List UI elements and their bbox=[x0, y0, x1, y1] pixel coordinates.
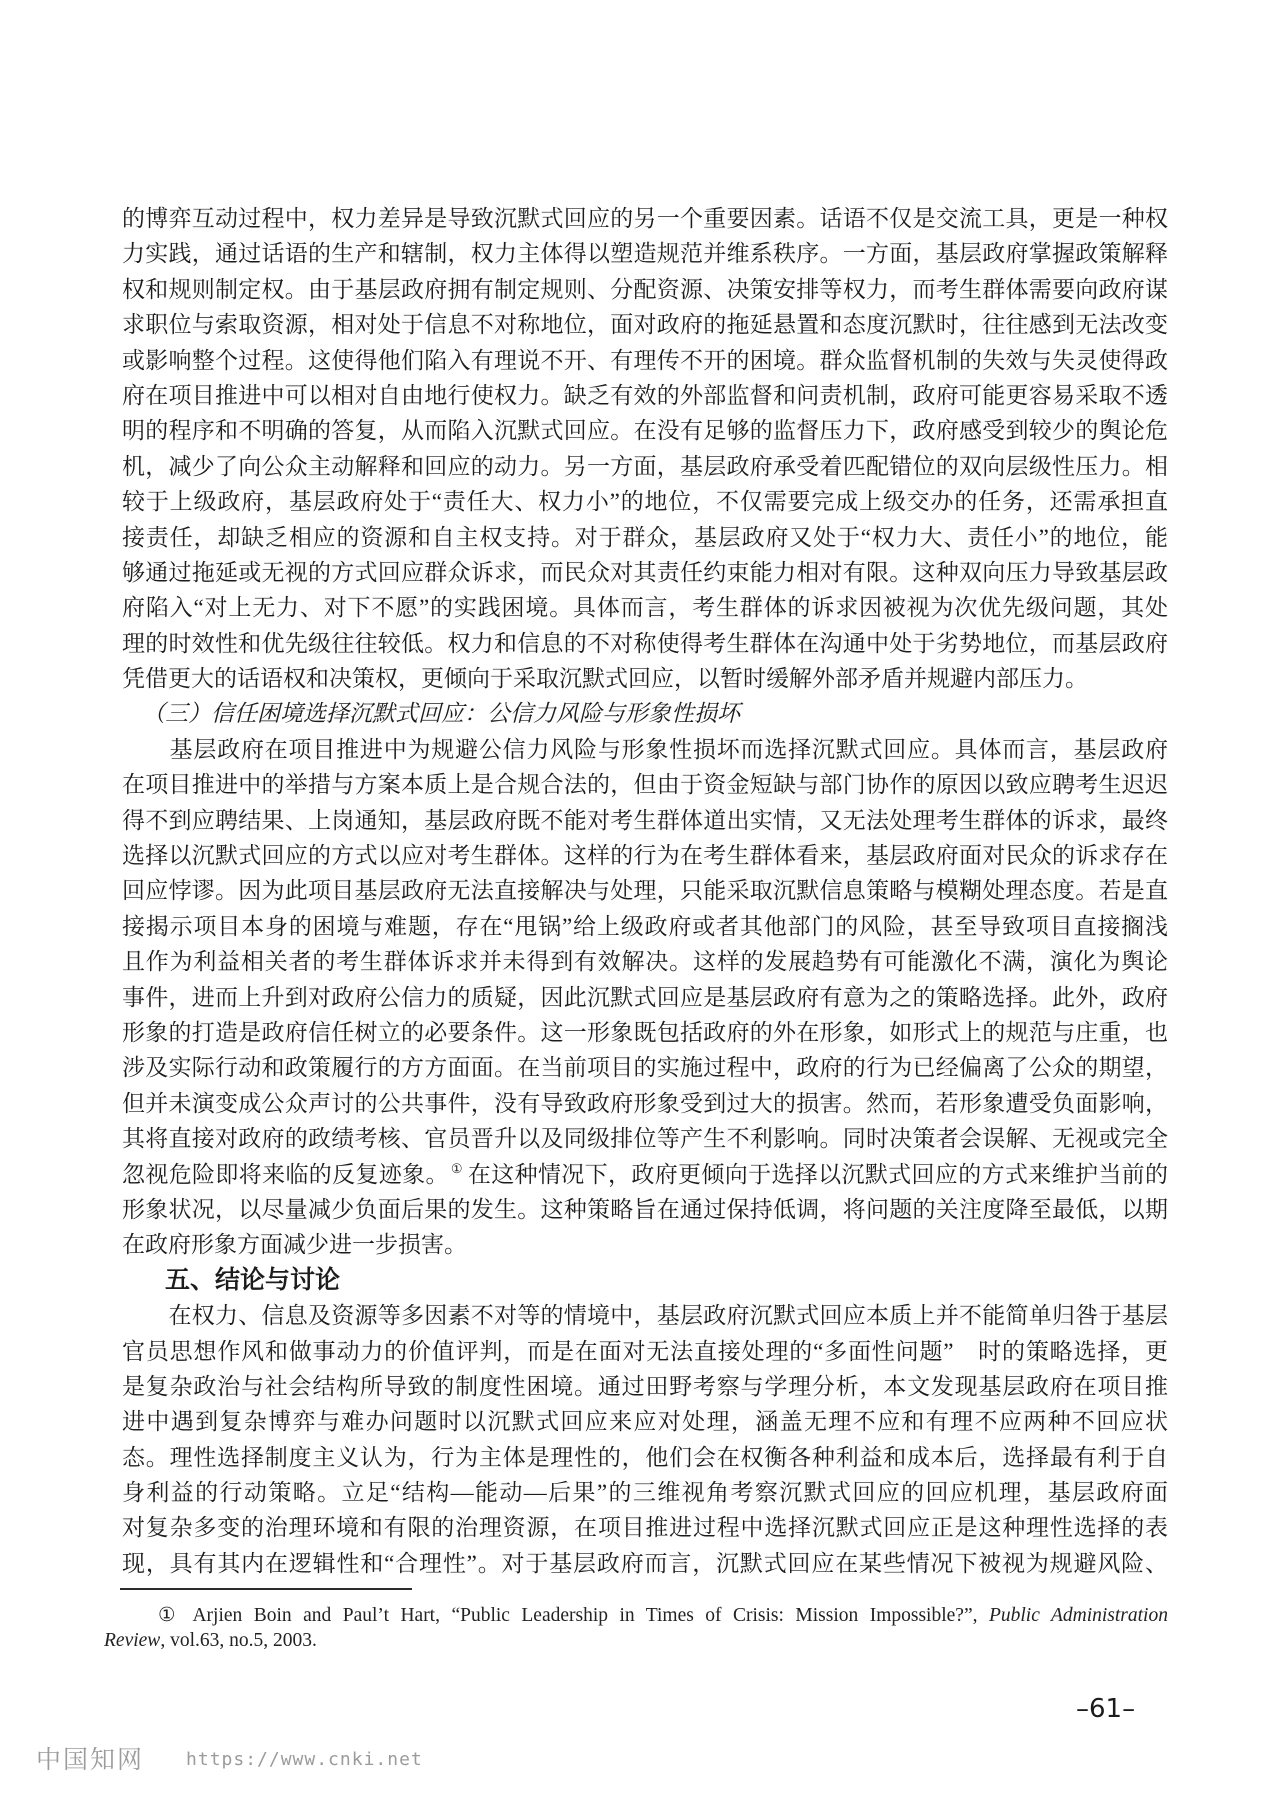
text-line: 形象的打造是政府信任树立的必要条件。这一形象既包括政府的外在形象，如形式上的规范… bbox=[122, 1015, 1168, 1050]
text-line: 力实践，通过话语的生产和辖制，权力主体得以塑造规范并维系秩序。一方面，基层政府掌… bbox=[122, 236, 1168, 271]
text-line: 现，具有其内在逻辑性和“合理性”。对于基层政府而言，沉默式回应在某些情况下被视为… bbox=[122, 1546, 1168, 1581]
footnote-line-1: ① Arjien Boin and Paul’t Hart, “Public L… bbox=[104, 1603, 1168, 1628]
text-line: 够通过拖延或无视的方式回应群众诉求，而民众对其责任约束能力相对有限。这种双向压力… bbox=[122, 555, 1168, 590]
text-line: 事件，进而上升到对政府公信力的质疑，因此沉默式回应是基层政府有意为之的策略选择。… bbox=[122, 980, 1168, 1015]
footnote-journal-name: Review bbox=[104, 1630, 160, 1651]
text-line: 府陷入“对上无力、对下不愿”的实践困境。具体而言，考生群体的诉求因被视为次优先级… bbox=[122, 590, 1168, 625]
text-line: 或影响整个过程。这使得他们陷入有理说不开、有理传不开的困境。群众监督机制的失效与… bbox=[122, 343, 1168, 378]
text-line: 其将直接对政府的政绩考核、官员晋升以及同级排位等产生不利影响。同时决策者会误解、… bbox=[122, 1121, 1168, 1156]
text-line: 但并未演变成公众声讨的公共事件，没有导致政府形象受到过大的损害。然而，若形象遭受… bbox=[122, 1086, 1168, 1121]
text-line: 忽视危险即将来临的反复迹象。①在这种情况下，政府更倾向于选择以沉默式回应的方式来… bbox=[122, 1157, 1168, 1192]
text-line: 较于上级政府，基层政府处于“责任大、权力小”的地位，不仅需要完成上级交办的任务，… bbox=[122, 484, 1168, 519]
text-line: 形象状况，以尽量减少负面后果的发生。这种策略旨在通过保持低调，将问题的关注度降至… bbox=[122, 1192, 1168, 1227]
page-number: –61– bbox=[1076, 1694, 1135, 1724]
text-line: 且作为利益相关者的考生群体诉求并未得到有效解决。这样的发展趋势有可能激化不满，演… bbox=[122, 944, 1168, 979]
text-line: 身利益的行动策略。立足“结构—能动—后果”的三维视角考察沉默式回应的回应机理，基… bbox=[122, 1475, 1168, 1510]
footnote-ref-superscript: ① bbox=[451, 1161, 463, 1176]
body-text-column: 的博弈互动过程中，权力差异是导致沉默式回应的另一个重要因素。话语不仅是交流工具，… bbox=[122, 201, 1168, 1581]
section-heading: 五、结论与讨论 bbox=[122, 1263, 1168, 1298]
text-line: 官员思想作风和做事动力的价值评判，而是在面对无法直接处理的“多面性问题” 时的策… bbox=[122, 1334, 1168, 1369]
text-line: 权和规则制定权。由于基层政府拥有制定规则、分配资源、决策安排等权力，而考生群体需… bbox=[122, 272, 1168, 307]
footnote-text: , vol.63, no.5, 2003. bbox=[160, 1630, 317, 1651]
cnki-brand-watermark: 中国知网 bbox=[36, 1740, 144, 1776]
text-line: 在政府形象方面减少进一步损害。 bbox=[122, 1227, 1168, 1262]
text-line: 接责任，却缺乏相应的资源和自主权支持。对于群众，基层政府又处于“权力大、责任小”… bbox=[122, 520, 1168, 555]
text-line: 是复杂政治与社会结构所导致的制度性困境。通过田野考察与学理分析，本文发现基层政府… bbox=[122, 1369, 1168, 1404]
text-line: 涉及实际行动和政策履行的方方面面。在当前项目的实施过程中，政府的行为已经偏离了公… bbox=[122, 1050, 1168, 1085]
text-line: 府在项目推进中可以相对自由地行使权力。缺乏有效的外部监督和问责机制，政府可能更容… bbox=[122, 378, 1168, 413]
text-line: 得不到应聘结果、上岗通知，基层政府既不能对考生群体道出实情，又无法处理考生群体的… bbox=[122, 803, 1168, 838]
cnki-watermark: 中国知网 https://www.cnki.net bbox=[36, 1740, 423, 1776]
text-line: 基层政府在项目推进中为规避公信力风险与形象性损坏而选择沉默式回应。具体而言，基层… bbox=[122, 732, 1168, 767]
text-line: 求职位与索取资源，相对处于信息不对称地位，面对政府的拖延悬置和态度沉默时，往往感… bbox=[122, 307, 1168, 342]
footnote-marker: ① bbox=[158, 1605, 182, 1626]
text-line: 明的程序和不明确的答复，从而陷入沉默式回应。在没有足够的监督压力下，政府感受到较… bbox=[122, 413, 1168, 448]
text-line: 选择以沉默式回应的方式以应对考生群体。这样的行为在考生群体看来，基层政府面对民众… bbox=[122, 838, 1168, 873]
text-line: 回应悖谬。因为此项目基层政府无法直接解决与处理，只能采取沉默信息策略与模糊处理态… bbox=[122, 873, 1168, 908]
text-line: 在权力、信息及资源等多因素不对等的情境中，基层政府沉默式回应本质上并不能简单归咎… bbox=[122, 1298, 1168, 1333]
document-page: 的博弈互动过程中，权力差异是导致沉默式回应的另一个重要因素。话语不仅是交流工具，… bbox=[0, 0, 1280, 1810]
text-line: 在项目推进中的举措与方案本质上是合规合法的，但由于资金短缺与部门协作的原因以致应… bbox=[122, 767, 1168, 802]
text-line: 凭借更大的话语权和决策权，更倾向于采取沉默式回应，以暂时缓解外部矛盾并规避内部压… bbox=[122, 661, 1168, 696]
text-line: 进中遇到复杂博弈与难办问题时以沉默式回应来应对处理，涵盖无理不应和有理不应两种不… bbox=[122, 1404, 1168, 1439]
footnote-journal-name: Public Administration bbox=[989, 1605, 1168, 1626]
text-line: 机，减少了向公众主动解释和回应的动力。另一方面，基层政府承受着匹配错位的双向层级… bbox=[122, 449, 1168, 484]
text-line: 对复杂多变的治理环境和有限的治理资源，在项目推进过程中选择沉默式回应正是这种理性… bbox=[122, 1510, 1168, 1545]
cnki-url-watermark: https://www.cnki.net bbox=[186, 1746, 423, 1770]
text-line: 接揭示项目本身的困境与难题，存在“甩锅”给上级政府或者其他部门的风险，甚至导致项… bbox=[122, 909, 1168, 944]
subsection-heading: （三）信任困境选择沉默式回应：公信力风险与形象性损坏 bbox=[122, 696, 1168, 731]
footnote-separator bbox=[120, 1588, 412, 1590]
footnote: ① Arjien Boin and Paul’t Hart, “Public L… bbox=[104, 1603, 1168, 1653]
text-line: 的博弈互动过程中，权力差异是导致沉默式回应的另一个重要因素。话语不仅是交流工具，… bbox=[122, 201, 1168, 236]
footnote-text: Arjien Boin and Paul’t Hart, “Public Lea… bbox=[192, 1605, 988, 1626]
text-line: 理的时效性和优先级往往较低。权力和信息的不对称使得考生群体在沟通中处于劣势地位，… bbox=[122, 626, 1168, 661]
text-line: 态。理性选择制度主义认为，行为主体是理性的，他们会在权衡各种利益和成本后，选择最… bbox=[122, 1440, 1168, 1475]
footnote-line-2: Review, vol.63, no.5, 2003. bbox=[104, 1628, 1168, 1653]
